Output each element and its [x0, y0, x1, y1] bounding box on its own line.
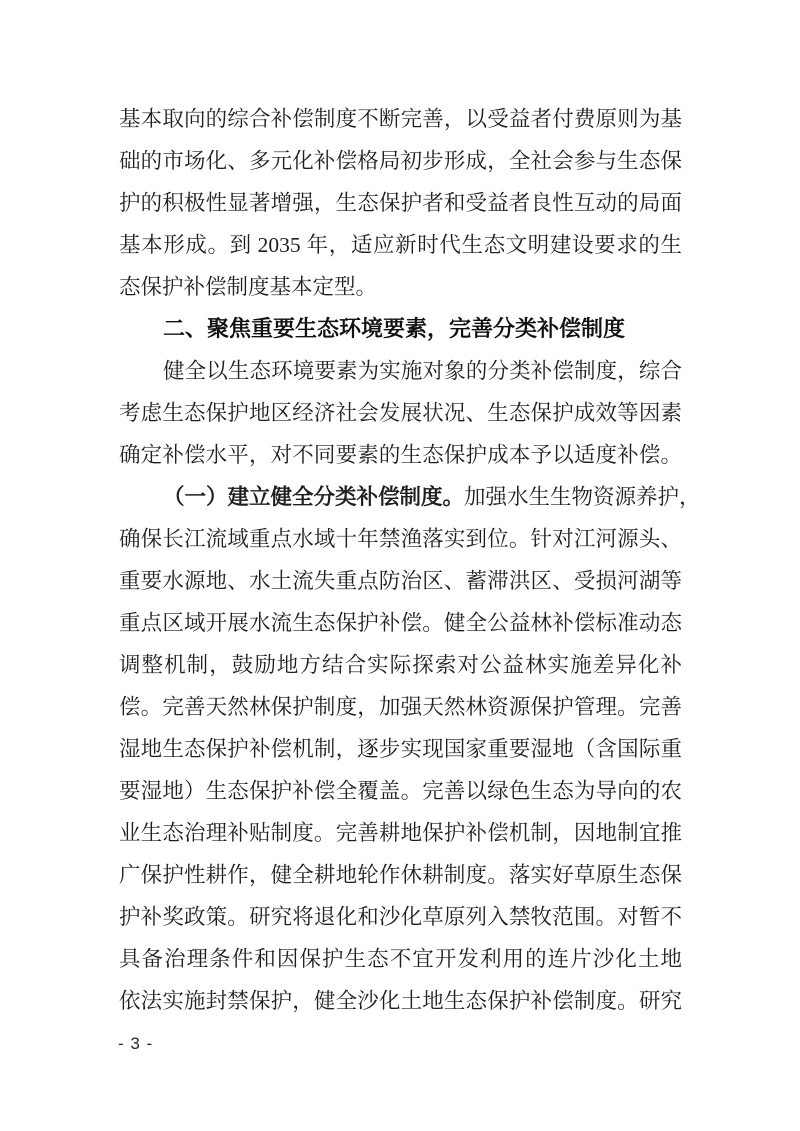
- document-page: 基本取向的综合补偿制度不断完善，以受益者付费原则为基 础的市场化、多元化补偿格局…: [0, 0, 800, 1131]
- paragraph-lead-rest: 加强水生生物资源养护，: [464, 485, 701, 509]
- text-line: 健全以生态环境要素为实施对象的分类补偿制度，综合: [119, 350, 682, 392]
- paragraph-lead-bold: （一）建立健全分类补偿制度。: [163, 485, 464, 509]
- text-line: 础的市场化、多元化补偿格局初步形成，全社会参与生态保: [119, 140, 682, 182]
- text-line: 广保护性耕作，健全耕地轮作休耕制度。落实好草原生态保: [119, 854, 682, 896]
- paragraph-3: （一）建立健全分类补偿制度。加强水生生物资源养护， 确保长江流域重点水域十年禁渔…: [119, 476, 682, 1022]
- text-line: 基本形成。到 2035 年，适应新时代生态文明建设要求的生: [119, 224, 682, 266]
- text-line: 依法实施封禁保护，健全沙化土地生态保护补偿制度。研究: [119, 980, 682, 1022]
- section-heading: 二、聚焦重要生态环境要素，完善分类补偿制度: [119, 308, 682, 350]
- text-line: 考虑生态保护地区经济社会发展状况、生态保护成效等因素: [119, 392, 682, 434]
- text-line: 护补奖政策。研究将退化和沙化草原列入禁牧范围。对暂不: [119, 896, 682, 938]
- text-line: （一）建立健全分类补偿制度。加强水生生物资源养护，: [119, 476, 682, 518]
- paragraph-2: 健全以生态环境要素为实施对象的分类补偿制度，综合 考虑生态保护地区经济社会发展状…: [119, 350, 682, 476]
- text-line: 湿地生态保护补偿机制，逐步实现国家重要湿地（含国际重: [119, 728, 682, 770]
- text-line: 确保长江流域重点水域十年禁渔落实到位。针对江河源头、: [119, 518, 682, 560]
- paragraph-1: 基本取向的综合补偿制度不断完善，以受益者付费原则为基 础的市场化、多元化补偿格局…: [119, 98, 682, 308]
- document-body: 基本取向的综合补偿制度不断完善，以受益者付费原则为基 础的市场化、多元化补偿格局…: [119, 98, 682, 1022]
- text-line: 确定补偿水平，对不同要素的生态保护成本予以适度补偿。: [119, 434, 682, 476]
- text-line: 调整机制，鼓励地方结合实际探索对公益林实施差异化补: [119, 644, 682, 686]
- text-line: 重要水源地、水土流失重点防治区、蓄滞洪区、受损河湖等: [119, 560, 682, 602]
- text-line: 基本取向的综合补偿制度不断完善，以受益者付费原则为基: [119, 98, 682, 140]
- text-line: 偿。完善天然林保护制度，加强天然林资源保护管理。完善: [119, 686, 682, 728]
- text-line: 态保护补偿制度基本定型。: [119, 266, 682, 308]
- text-line: 业生态治理补贴制度。完善耕地保护补偿机制，因地制宜推: [119, 812, 682, 854]
- text-line: 具备治理条件和因保护生态不宜开发利用的连片沙化土地: [119, 938, 682, 980]
- text-line: 重点区域开展水流生态保护补偿。健全公益林补偿标准动态: [119, 602, 682, 644]
- page-number: - 3 -: [118, 1034, 153, 1054]
- text-line: 要湿地）生态保护补偿全覆盖。完善以绿色生态为导向的农: [119, 770, 682, 812]
- text-line: 护的积极性显著增强，生态保护者和受益者良性互动的局面: [119, 182, 682, 224]
